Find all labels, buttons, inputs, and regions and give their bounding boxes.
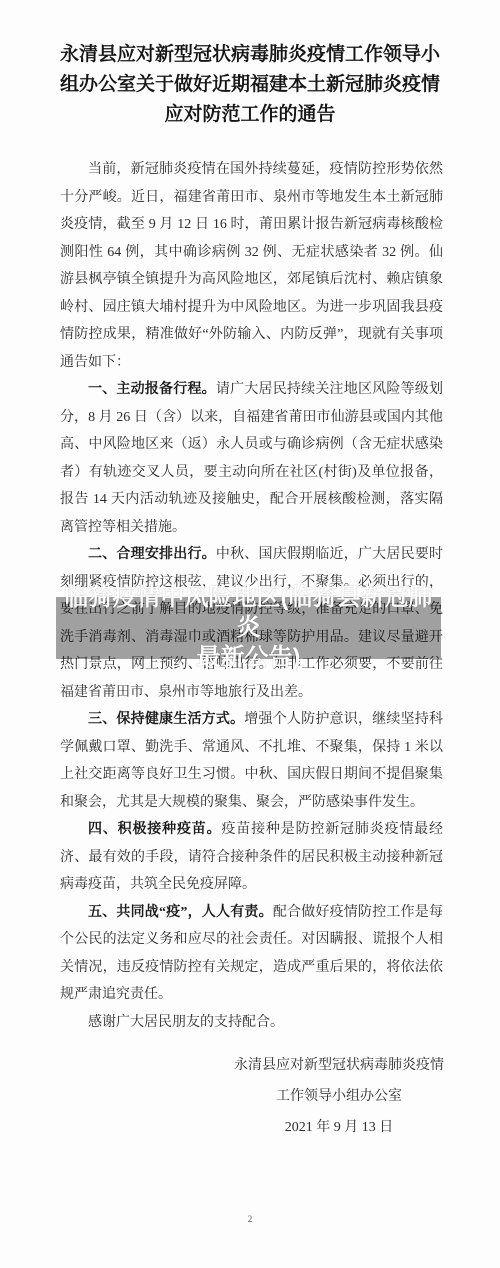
paragraph-text: 当前，新冠肺炎疫情在国外持续蔓延，疫情防控形势依然十分严峻。近日，福建省莆田市、…	[60, 162, 443, 370]
paragraph-text: 感谢广大居民朋友的支持配合。	[88, 1015, 284, 1030]
overlay-caption-line1: 临猗疫情中风险地区(临猗县新冠肺炎	[56, 583, 441, 643]
notice-page: 永清县应对新型冠状病毒肺炎疫情工作领导小组办公室关于做好近期福建本土新冠肺炎疫情…	[0, 0, 500, 1268]
paragraph-text: 请广大居民持续关注地区风险等级划分，8 月 26 日（含）以来，自福建省莆田市仙…	[60, 382, 443, 535]
paragraph-lead: 三、保持健康生活方式。	[88, 712, 244, 727]
page-number: 2	[0, 1214, 500, 1224]
overlay-caption-banner: 临猗疫情中风险地区(临猗县新冠肺炎 最新公告)	[56, 597, 441, 659]
overlay-caption-line2: 最新公告)	[56, 643, 441, 673]
paragraph: 当前，新冠肺炎疫情在国外持续蔓延，疫情防控形势依然十分严峻。近日，福建省莆田市、…	[60, 156, 443, 376]
paragraph-lead: 二、合理安排出行。	[88, 547, 216, 562]
paragraph-lead: 一、主动报备行程。	[88, 382, 216, 397]
signature-date: 2021 年 9 月 13 日	[234, 1112, 444, 1143]
paragraph: 一、主动报备行程。请广大居民持续关注地区风险等级划分，8 月 26 日（含）以来…	[60, 376, 443, 541]
paragraph: 感谢广大居民朋友的支持配合。	[60, 1009, 443, 1037]
paragraph: 五、共同战“疫”，人人有责。配合做好疫情防控工作是每个公民的法定义务和应尽的社会…	[60, 899, 443, 1009]
paragraph-lead: 五、共同战“疫”，人人有责。	[88, 905, 273, 920]
signature-block: 永清县应对新型冠状病毒肺炎疫情 工作领导小组办公室 2021 年 9 月 13 …	[234, 1050, 444, 1143]
paragraph: 四、积极接种疫苗。疫苗接种是防控新冠肺炎疫情最经济、最有效的手段，请符合接种条件…	[60, 816, 443, 899]
paragraph: 三、保持健康生活方式。增强个人防护意识，继续坚持科学佩戴口罩、勤洗手、常通风、不…	[60, 706, 443, 816]
signature-org-line2: 工作领导小组办公室	[234, 1081, 444, 1112]
doc-title: 永清县应对新型冠状病毒肺炎疫情工作领导小组办公室关于做好近期福建本土新冠肺炎疫情…	[56, 0, 444, 130]
signature-org-line1: 永清县应对新型冠状病毒肺炎疫情	[234, 1050, 444, 1081]
paragraph-lead: 四、积极接种疫苗。	[88, 822, 221, 837]
